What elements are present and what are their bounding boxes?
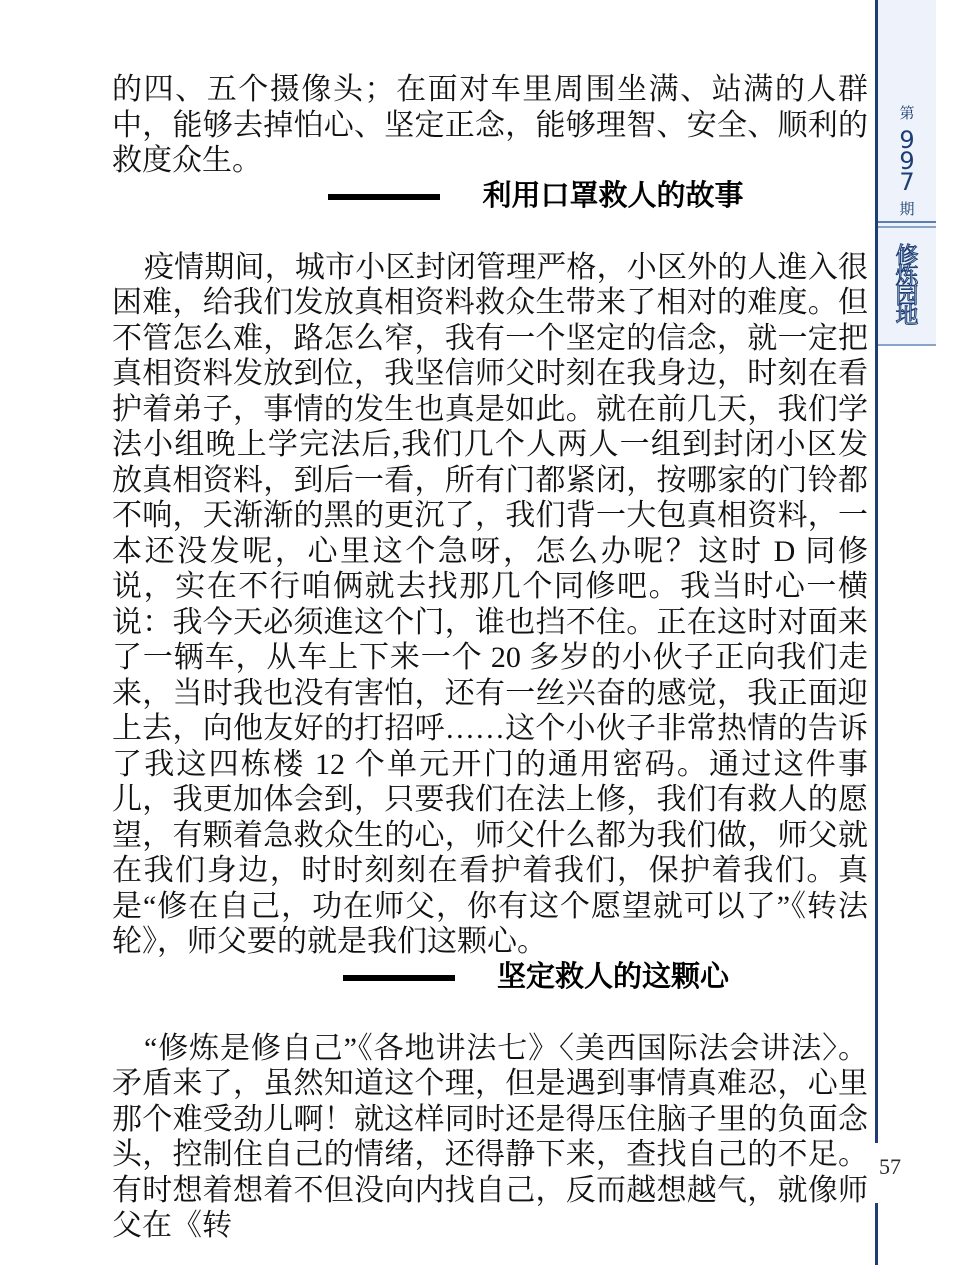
paragraph: “修炼是修自己”《各地讲法七》〈美西国际法会讲法〉。矛盾来了，虽然知道这个理，但… <box>112 1031 868 1244</box>
double-rule-separator <box>878 221 936 228</box>
section-heading: 坚定救人的这颗心 <box>112 960 868 996</box>
page-number: 57 <box>879 1152 901 1182</box>
issue-sidebar-panel: 第 9 9 7 期 修 炼 园 地 <box>878 0 936 346</box>
sidebar-rule-top <box>875 0 878 1143</box>
heading-dash-line <box>328 194 440 200</box>
issue-label-suffix: 期 <box>878 202 936 219</box>
column-title-char: 地 <box>878 306 936 326</box>
section-heading-text: 坚定救人的这颗心 <box>497 961 729 993</box>
column-title-box: 修 炼 园 地 <box>878 246 936 326</box>
magazine-page: 的四、五个摄像头；在面对车里周围坐满、站满的人群中，能够去掉怕心、坚定正念，能够… <box>0 0 978 1265</box>
issue-label-prefix: 第 <box>878 106 936 123</box>
section-heading: 利用口罩救人的故事 <box>112 179 868 215</box>
sidebar-rule-bottom <box>875 1203 878 1265</box>
paragraph: 疫情期间，城市小区封闭管理严格，小区外的人進入很困难，给我们发放真相资料救众生带… <box>112 250 868 960</box>
section-heading-text: 利用口罩救人的故事 <box>483 180 744 212</box>
paragraph: 的四、五个摄像头；在面对车里周围坐满、站满的人群中，能够去掉怕心、坚定正念，能够… <box>112 72 868 179</box>
heading-dash-line <box>343 975 455 981</box>
article-text-column: 的四、五个摄像头；在面对车里周围坐满、站满的人群中，能够去掉怕心、坚定正念，能够… <box>112 72 868 1244</box>
issue-number-box: 第 9 9 7 期 <box>878 106 936 219</box>
issue-digit: 7 <box>878 172 936 193</box>
